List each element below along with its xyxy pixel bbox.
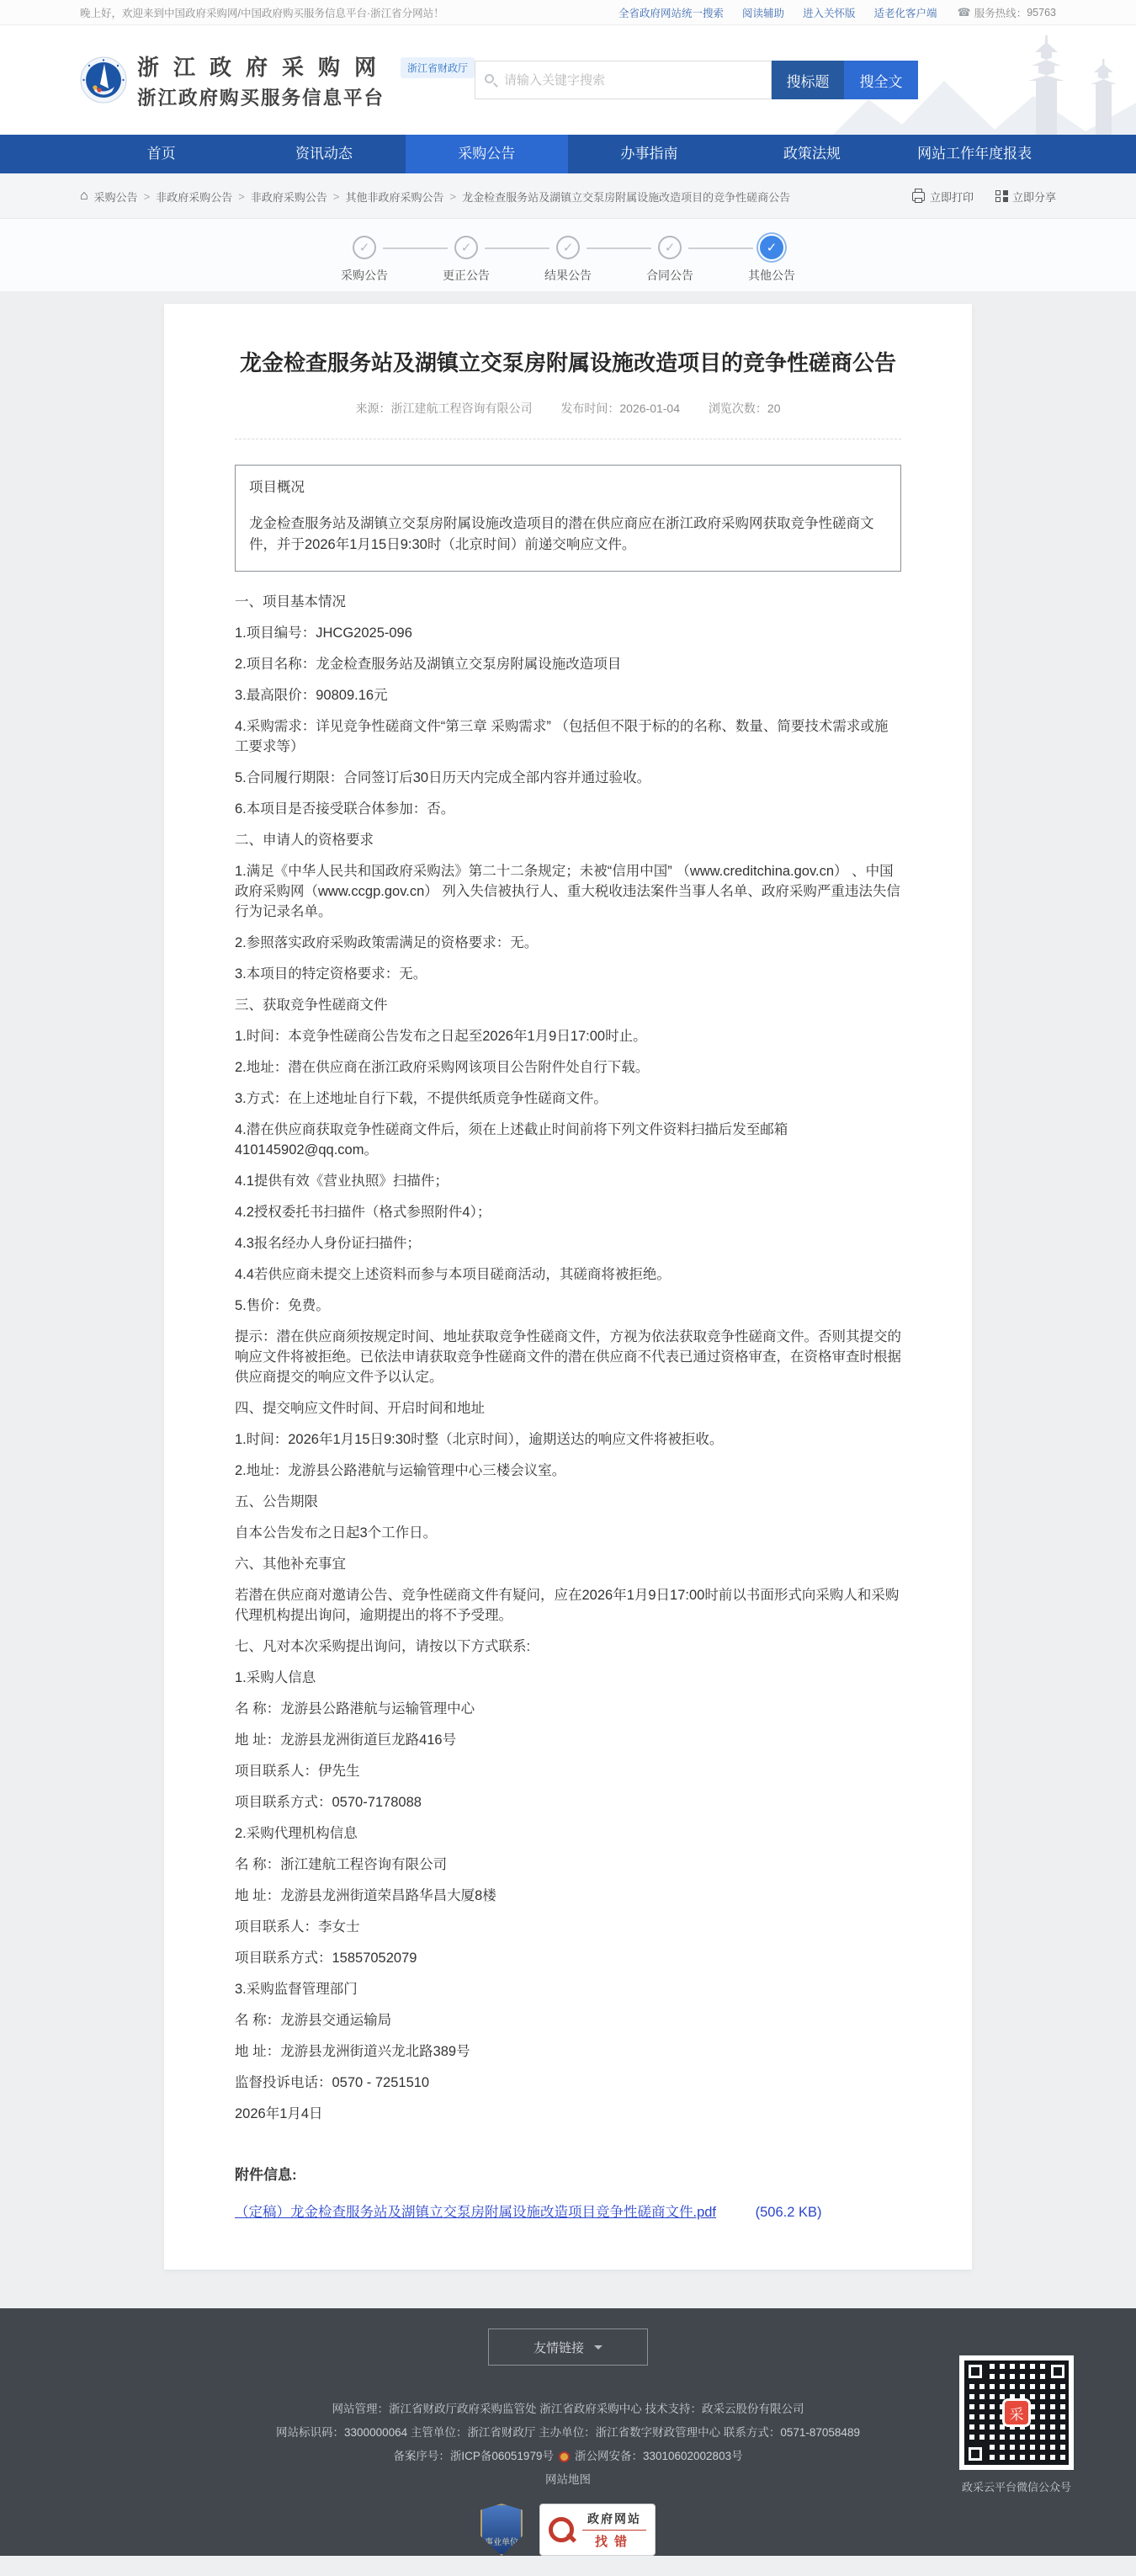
breadcrumb-separator: > [238, 190, 245, 203]
article-paragraph: 自本公告发布之日起3个工作日。 [235, 1523, 901, 1543]
nav-item[interactable]: 办事指南 [568, 135, 730, 173]
qr-share-icon [995, 190, 1007, 202]
article-body: 一、项目基本情况1.项目编号：JHCG2025-0962.项目名称：龙金检查服务… [235, 592, 901, 2124]
article-paragraph: 项目联系人：李女士 [235, 1917, 901, 1937]
article-paragraph: 地 址：龙游县龙洲街道巨龙路416号 [235, 1730, 901, 1750]
breadcrumb-separator: > [450, 190, 457, 203]
step-label: 合同公告 [646, 267, 693, 284]
article-paragraph: 七、凡对本次采购提出询问，请按以下方式联系: [235, 1637, 901, 1657]
gov-site-error-report-badge[interactable]: 政府网站 找错 [539, 2504, 656, 2556]
police-badge-icon [559, 2451, 570, 2462]
article-paragraph: 1.时间：本竞争性磋商公告发布之日起至2026年1月9日17:00时止。 [235, 1026, 901, 1046]
article-paragraph: 提示：潜在供应商须按规定时间、地址获取竞争性磋商文件，方视为依法获取竞争性磋商文… [235, 1327, 901, 1387]
attachment-heading: 附件信息: [235, 2163, 901, 2184]
article-paragraph: 4.4若供应商未提交上述资料而参与本项目磋商活动，其磋商将被拒绝。 [235, 1264, 901, 1285]
article-paragraph: 项目联系方式：0570-7178088 [235, 1792, 901, 1812]
nav-item[interactable]: 政策法规 [730, 135, 893, 173]
search-bar: 搜标题 搜全文 [475, 61, 918, 99]
breadcrumb-link[interactable]: 非政府采购公告 [156, 189, 232, 205]
article-paragraph: 2.地址：潜在供应商在浙江政府采购网该项目公告附件处自行下载。 [235, 1057, 901, 1078]
article-paragraph: 2026年1月4日 [235, 2104, 901, 2124]
breadcrumb-link[interactable]: 龙金检查服务站及湖镇立交泵房附属设施改造项目的竞争性磋商公告 [462, 189, 790, 205]
overview-body: 龙金检查服务站及湖镇立交泵房附属设施改造项目的潜在供应商应在浙江政府采购网获取竞… [249, 514, 887, 556]
article-paragraph: 4.采购需求：详见竞争性磋商文件“第三章 采购需求” （包括但不限于标的的名称、… [235, 716, 901, 757]
article-paragraph: 3.本项目的特定资格要求：无。 [235, 964, 901, 984]
nav-item[interactable]: 采购公告 [406, 135, 568, 173]
article-paragraph: 5.售价：免费。 [235, 1296, 901, 1316]
article-paragraph: 三、获取竞争性磋商文件 [235, 995, 901, 1015]
check-icon: ✓ [359, 240, 370, 255]
check-icon: ✓ [665, 240, 676, 255]
breadcrumb-separator: > [333, 190, 340, 203]
article-paragraph: 3.方式：在上述地址自行下载，不提供纸质竞争性磋商文件。 [235, 1088, 901, 1109]
brand-title: 浙江政府采购网 浙江政府购买服务信息平台 [137, 51, 390, 110]
article-paragraph: 1.采购人信息 [235, 1668, 901, 1688]
breadcrumb-link[interactable]: 采购公告 [94, 189, 138, 205]
step-item[interactable]: ✓ 更正公告 [416, 236, 518, 284]
step-item[interactable]: ✓ 其他公告 [721, 236, 823, 284]
divider [235, 439, 901, 439]
project-overview-box: 项目概况 龙金检查服务站及湖镇立交泵房附属设施改造项目的潜在供应商应在浙江政府采… [235, 465, 901, 572]
view-count: 20 [767, 402, 781, 415]
topbar: 晚上好，欢迎来到中国政府采购网/中国政府购买服务信息平台·浙江省分网站！ 全省政… [0, 0, 1136, 25]
check-icon: ✓ [461, 240, 472, 255]
article-paragraph: 3.最高限价：90809.16元 [235, 685, 901, 705]
article-paragraph: 2.地址：龙游县公路港航与运输管理中心三楼会议室。 [235, 1461, 901, 1481]
home-icon[interactable]: ⌂ [80, 189, 88, 204]
magnifier-icon [549, 2517, 574, 2542]
article-paragraph: 一、项目基本情况 [235, 592, 901, 612]
topbar-link[interactable]: 全省政府网站统一搜索 [618, 5, 724, 20]
qr-caption: 政采云平台微信公众号 [959, 2478, 1074, 2494]
search-title-button[interactable]: 搜标题 [772, 61, 844, 99]
article-paragraph: 1.项目编号：JHCG2025-096 [235, 623, 901, 643]
hotline-label: 服务热线： [974, 5, 1027, 20]
share-button[interactable]: 立即分享 [995, 189, 1056, 205]
overview-title: 项目概况 [249, 477, 887, 498]
article-paragraph: 4.潜在供应商获取竞争性磋商文件后，须在上述截止时间前将下列文件资料扫描后发至邮… [235, 1120, 901, 1160]
steps-row: ✓ 采购公告 ✓ 更正公告 ✓ 结果公告 ✓ [0, 236, 1136, 284]
breadcrumb-item: 采购公告 > [94, 189, 157, 205]
step-label: 结果公告 [544, 267, 592, 284]
topbar-link[interactable]: 适老化客户端 [874, 5, 937, 20]
qr-code: 采 [964, 2360, 1069, 2465]
step-item[interactable]: ✓ 合同公告 [619, 236, 721, 284]
greeting-text: 晚上好，欢迎来到中国政府采购网/中国政府购买服务信息平台·浙江省分网站！ [80, 5, 444, 20]
article-paragraph: 2.参照落实政府采购政策需满足的资格要求：无。 [235, 933, 901, 953]
article-paragraph: 2.项目名称：龙金检查服务站及湖镇立交泵房附属设施改造项目 [235, 654, 901, 674]
step-circle: ✓ [556, 236, 580, 259]
page-body: 龙金检查服务站及湖镇立交泵房附属设施改造项目的竞争性磋商公告 来源：浙江建航工程… [0, 291, 1136, 2308]
announcement-card: 龙金检查服务站及湖镇立交泵房附属设施改造项目的竞争性磋商公告 来源：浙江建航工程… [164, 304, 972, 2270]
breadcrumb-item: 其他非政府采购公告 > [346, 189, 463, 205]
page-title: 龙金检查服务站及湖镇立交泵房附属设施改造项目的竞争性磋商公告 [235, 348, 901, 378]
article-paragraph: 监督投诉电话：0570 - 7251510 [235, 2073, 901, 2093]
step-circle: ✓ [353, 236, 376, 259]
article-meta: 来源：浙江建航工程咨询有限公司 发布时间：2026-01-04 浏览次数：20 [235, 400, 901, 417]
article-paragraph: 4.1提供有效《营业执照》扫描件； [235, 1171, 901, 1191]
search-icon [485, 74, 494, 83]
breadcrumb-item: 龙金检查服务站及湖镇立交泵房附属设施改造项目的竞争性磋商公告 > [462, 189, 790, 205]
article-paragraph: 3.采购监督管理部门 [235, 1979, 901, 1999]
step-label: 更正公告 [443, 267, 490, 284]
step-circle: ✓ [454, 236, 478, 259]
nav-item[interactable]: 资讯动态 [242, 135, 405, 173]
attachment-row: （定稿）龙金检查服务站及湖镇立交泵房附属设施改造项目竞争性磋商文件.pdf (5… [235, 2201, 901, 2221]
public-institution-badge[interactable]: 事业单位 [480, 2504, 523, 2556]
article-paragraph: 地 址：龙游县龙洲街道兴龙北路389号 [235, 2041, 901, 2062]
topbar-link[interactable]: 进入关怀版 [803, 5, 856, 20]
step-label: 其他公告 [748, 267, 795, 284]
nav-items: 首页 资讯动态 采购公告 办事指南 政策法规 网站工作年度报表 [80, 135, 1056, 173]
brand-line2: 浙江政府购买服务信息平台 [137, 83, 390, 110]
breadcrumb-separator: > [144, 190, 151, 203]
breadcrumb-link[interactable]: 其他非政府采购公告 [346, 189, 444, 205]
step-circle: ✓ [658, 236, 682, 259]
breadcrumb: 采购公告 > 非政府采购公告 > 非政府采购公告 > 其他非政府采购公告 > [94, 189, 790, 205]
breadcrumb-link[interactable]: 非政府采购公告 [251, 189, 327, 205]
wechat-qr-block: 采 政采云平台微信公众号 [959, 2355, 1074, 2494]
icp-number: 备案序号：浙ICP备06051979号 [393, 2445, 554, 2468]
article-paragraph: 若潜在供应商对邀请公告、竞争性磋商文件有疑问，应在2026年1月9日17:00时… [235, 1585, 901, 1626]
attachment-link[interactable]: （定稿）龙金检查服务站及湖镇立交泵房附属设施改造项目竞争性磋商文件.pdf [235, 2205, 716, 2220]
sitemap-link[interactable]: 网站地图 [545, 2473, 591, 2486]
search-fulltext-button[interactable]: 搜全文 [844, 61, 918, 99]
article-paragraph: 地 址：龙游县龙洲街道荣昌路华昌大厦8楼 [235, 1886, 901, 1906]
check-icon: ✓ [563, 240, 574, 255]
article-paragraph: 4.2授权委托书扫描件（格式参照附件4）； [235, 1202, 901, 1222]
breadcrumb-item: 非政府采购公告 > [251, 189, 346, 205]
print-button[interactable]: 立即打印 [912, 189, 974, 205]
article-paragraph: 项目联系人：伊先生 [235, 1761, 901, 1781]
announcement-steps: ✓ 采购公告 ✓ 更正公告 ✓ 结果公告 ✓ [0, 219, 1136, 291]
chevron-down-icon [594, 2345, 603, 2350]
nav-item[interactable]: 网站工作年度报表 [893, 135, 1055, 173]
source-value: 浙江建航工程咨询有限公司 [391, 402, 533, 415]
article-paragraph: 项目联系方式：15857052079 [235, 1948, 901, 1968]
article-paragraph: 六、其他补充事宜 [235, 1554, 901, 1574]
hotline: ☎ 服务热线： 95763 [958, 5, 1056, 20]
search-input[interactable] [475, 61, 772, 99]
hotline-number: 95763 [1027, 7, 1056, 19]
phone-icon: ☎ [958, 6, 971, 19]
article-paragraph: 名 称：龙游县公路港航与运输管理中心 [235, 1699, 901, 1719]
site-footer: 友情链接 网站管理：浙江省财政厅政府采购监管处 浙江省政府采购中心 技术支持：政… [0, 2308, 1136, 2556]
article-paragraph: 名 称：龙游县交通运输局 [235, 2010, 901, 2030]
friend-links-dropdown[interactable]: 友情链接 [488, 2329, 648, 2366]
security-number: 浙公网安备：33010602002803号 [575, 2445, 743, 2468]
article-paragraph: 1.满足《中华人民共和国政府采购法》第二十二条规定；未被“信用中国” （www.… [235, 861, 901, 922]
article-paragraph: 五、公告期限 [235, 1492, 901, 1512]
breadcrumb-item: 非政府采购公告 > [156, 189, 251, 205]
topbar-link[interactable]: 阅读辅助 [742, 5, 784, 20]
main-nav: 首页 资讯动态 采购公告 办事指南 政策法规 网站工作年度报表 [0, 135, 1136, 173]
topbar-links: 全省政府网站统一搜索阅读辅助进入关怀版适老化客户端 [600, 5, 937, 20]
brand-line1: 浙江政府采购网 [137, 51, 390, 82]
article-paragraph: 四、提交响应文件时间、开启时间和地址 [235, 1398, 901, 1418]
breadcrumb-bar: ⌂ 采购公告 > 非政府采购公告 > 非政府采购公告 > [0, 173, 1136, 219]
article-paragraph: 名 称：浙江建航工程咨询有限公司 [235, 1855, 901, 1875]
printer-icon [912, 192, 925, 201]
article-paragraph: 1.时间：2026年1月15日9:30时整（北京时间），逾期送达的响应文件将被拒… [235, 1429, 901, 1450]
article-paragraph: 2.采购代理机构信息 [235, 1823, 901, 1844]
article-paragraph: 5.合同履行期限：合同签订后30日历天内完成全部内容并通过验收。 [235, 768, 901, 788]
article-paragraph: 二、申请人的资格要求 [235, 830, 901, 850]
zcy-logo-icon: 采 [1002, 2398, 1031, 2427]
step-circle: ✓ [760, 236, 783, 259]
article-paragraph: 6.本项目是否接受联合体参加：否。 [235, 799, 901, 819]
check-icon: ✓ [767, 240, 778, 255]
step-item[interactable]: ✓ 结果公告 [518, 236, 619, 284]
step-label: 采购公告 [341, 267, 388, 284]
attachment-size: (506.2 KB) [756, 2205, 822, 2220]
finance-dept-badge: 浙江省财政厅 [401, 57, 475, 78]
site-header: 浙江政府采购网 浙江政府购买服务信息平台 浙江省财政厅 搜标题 搜全文 [0, 25, 1136, 135]
publish-time: 2026-01-04 [619, 402, 680, 415]
article-paragraph: 4.3报名经办人身份证扫描件； [235, 1233, 901, 1253]
site-logo [80, 56, 127, 104]
nav-item[interactable]: 首页 [80, 135, 242, 173]
step-item[interactable]: ✓ 采购公告 [314, 236, 416, 284]
